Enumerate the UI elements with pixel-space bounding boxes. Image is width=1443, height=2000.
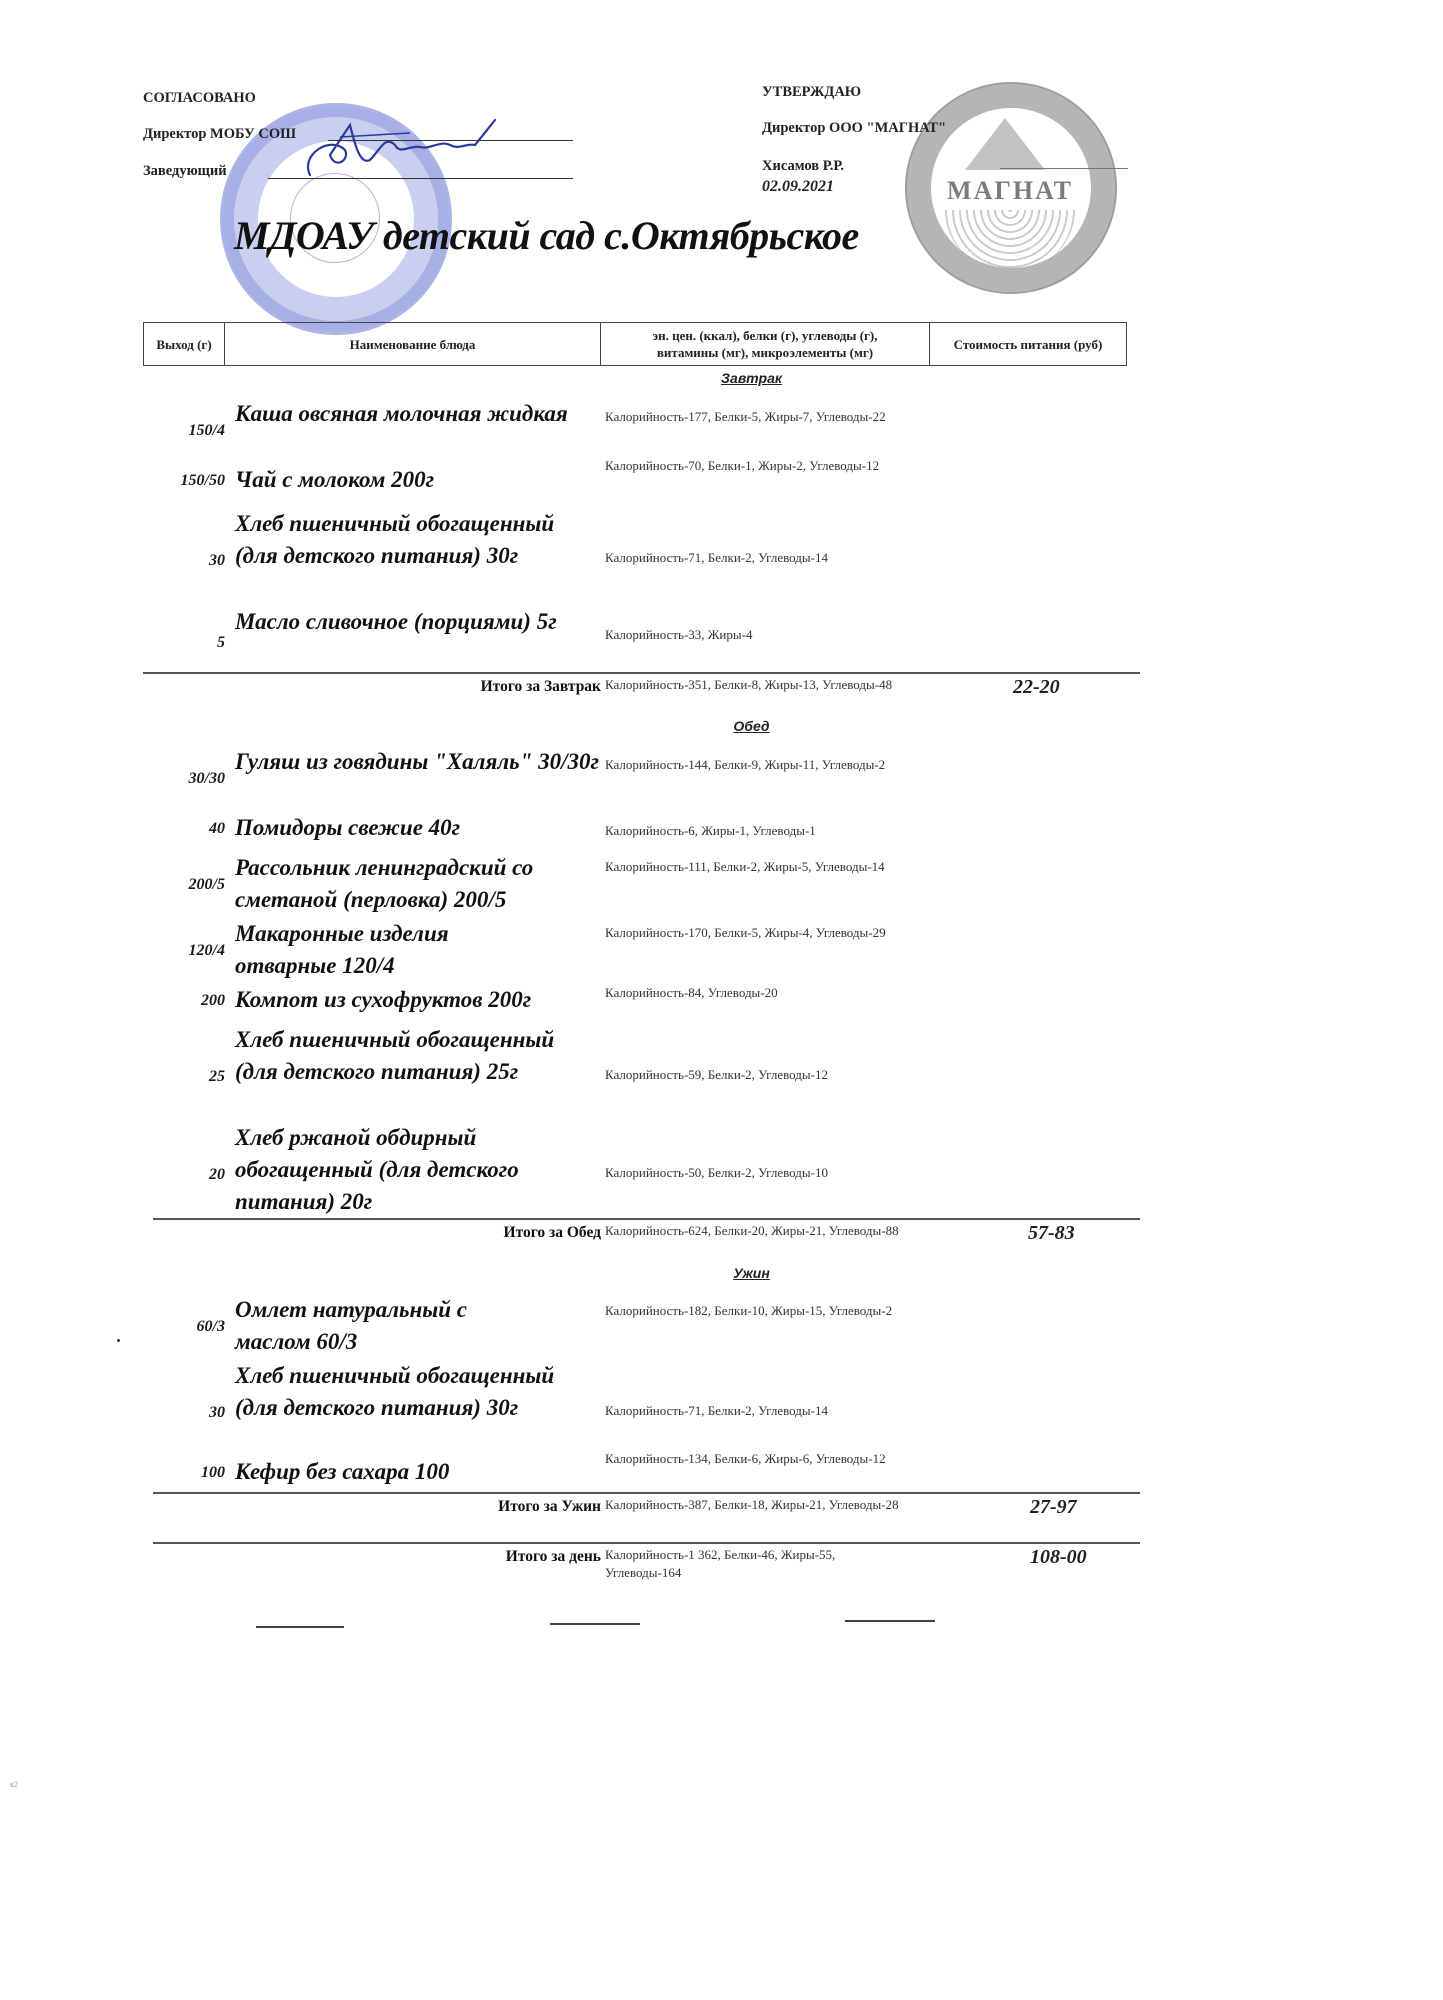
header-name: Наименование блюда	[225, 323, 601, 365]
row-nutrition: Калорийность-144, Белки-9, Жиры-11, Угле…	[605, 756, 905, 774]
row-name: Хлеб пшеничный обогащенный (для детского…	[235, 1360, 575, 1424]
row-name: Масло сливочное (порциями) 5г	[235, 606, 585, 638]
header-nutrition-line1: эн. цен. (ккал), белки (г), углеводы (г)…	[652, 327, 877, 344]
total-label: Итого за день	[143, 1548, 601, 1566]
signature-icon	[290, 115, 510, 185]
row-output: 30	[143, 1404, 225, 1422]
row-output: 150/50	[143, 472, 225, 490]
page-title: МДОАУ детский сад с.Октябрьское	[234, 212, 859, 259]
scan-mark: к2	[10, 1780, 18, 1789]
row-nutrition: Калорийность-59, Белки-2, Углеводы-12	[605, 1066, 905, 1084]
table-header: Выход (г) Наименование блюда эн. цен. (к…	[143, 322, 1127, 366]
divider	[143, 672, 1140, 674]
row-nutrition: Калорийность-71, Белки-2, Углеводы-14	[605, 549, 905, 567]
row-output: 30/30	[143, 770, 225, 788]
total-cost: 27-97	[1030, 1496, 1090, 1519]
row-nutrition: Калорийность-177, Белки-5, Жиры-7, Углев…	[605, 408, 905, 426]
row-output: 150/4	[143, 422, 225, 440]
row-nutrition: Калорийность-71, Белки-2, Углеводы-14	[605, 1402, 905, 1420]
row-name: Рассольник ленинградский со сметаной (пе…	[235, 852, 605, 916]
row-output: 20	[143, 1166, 225, 1184]
row-output: 200/5	[143, 876, 225, 894]
section-title-dinner: Ужин	[0, 1265, 1443, 1281]
signature-line	[268, 178, 573, 179]
total-cost: 22-20	[1013, 676, 1073, 699]
row-name: Омлет натуральный с маслом 60/3	[235, 1294, 535, 1358]
row-nutrition: Калорийность-111, Белки-2, Жиры-5, Углев…	[605, 858, 905, 876]
approval-left-manager: Заведующий	[143, 163, 227, 180]
stamp-mountain-icon	[965, 118, 1045, 170]
row-name: Компот из сухофруктов 200г	[235, 984, 615, 1016]
header-output: Выход (г)	[144, 323, 225, 365]
total-label: Итого за Завтрак	[143, 678, 601, 696]
row-nutrition: Калорийность-70, Белки-1, Жиры-2, Углево…	[605, 457, 905, 475]
row-output: 100	[143, 1464, 225, 1482]
signature-line	[1000, 168, 1128, 169]
signature-line	[328, 140, 573, 141]
total-nutrition: Калорийность-351, Белки-8, Жиры-13, Угле…	[605, 676, 905, 694]
row-output: 60/3	[143, 1318, 225, 1336]
scan-speck	[117, 1339, 120, 1342]
approval-left-director: Директор МОБУ СОШ	[143, 126, 296, 143]
section-title-breakfast: Завтрак	[0, 370, 1443, 386]
row-name: Гуляш из говядины "Халяль" 30/30г	[235, 746, 605, 778]
row-output: 5	[143, 634, 225, 652]
divider	[153, 1542, 1140, 1544]
signature-line	[845, 1620, 935, 1622]
row-name: Помидоры свежие 40г	[235, 812, 595, 844]
row-nutrition: Калорийность-84, Углеводы-20	[605, 984, 905, 1002]
approval-left-heading: СОГЛАСОВАНО	[143, 90, 256, 107]
divider	[153, 1492, 1140, 1494]
total-label: Итого за Ужин	[143, 1498, 601, 1516]
header-nutrition: эн. цен. (ккал), белки (г), углеводы (г)…	[601, 323, 930, 365]
total-nutrition: Калорийность-1 362, Белки-46, Жиры-55, У…	[605, 1546, 905, 1582]
section-title-lunch: Обед	[0, 718, 1443, 734]
total-nutrition: Калорийность-387, Белки-18, Жиры-21, Угл…	[605, 1496, 905, 1514]
row-name: Хлеб пшеничный обогащенный (для детского…	[235, 1024, 575, 1088]
header-cost: Стоимость питания (руб)	[930, 323, 1126, 365]
row-name: Макаронные изделия отварные 120/4	[235, 918, 535, 982]
approval-date: 02.09.2021	[762, 178, 834, 196]
row-output: 40	[143, 820, 225, 838]
row-output: 120/4	[143, 942, 225, 960]
row-nutrition: Калорийность-182, Белки-10, Жиры-15, Угл…	[605, 1302, 905, 1320]
row-name: Хлеб ржаной обдирный обогащенный (для де…	[235, 1122, 575, 1218]
row-nutrition: Калорийность-50, Белки-2, Углеводы-10	[605, 1164, 905, 1182]
total-cost: 57-83	[1028, 1222, 1088, 1245]
header-nutrition-line2: витамины (мг), микроэлементы (мг)	[652, 344, 877, 361]
divider	[153, 1218, 1140, 1220]
row-nutrition: Калорийность-6, Жиры-1, Углеводы-1	[605, 822, 905, 840]
row-nutrition: Калорийность-170, Белки-5, Жиры-4, Углев…	[605, 924, 905, 942]
stamp-text: МАГНАТ	[935, 176, 1085, 206]
total-label: Итого за Обед	[143, 1224, 601, 1242]
row-name: Хлеб пшеничный обогащенный (для детского…	[235, 508, 575, 572]
row-name: Чай с молоком 200г	[235, 464, 595, 496]
approval-right-director: Директор ООО "МАГНАТ"	[762, 120, 946, 137]
total-nutrition: Калорийность-624, Белки-20, Жиры-21, Угл…	[605, 1222, 905, 1240]
approval-right-name: Хисамов Р.Р.	[762, 158, 844, 175]
total-cost: 108-00	[1030, 1546, 1110, 1569]
signature-line	[256, 1626, 344, 1628]
row-name: Кефир без сахара 100	[235, 1456, 595, 1488]
approval-right-heading: УТВЕРЖДАЮ	[762, 84, 861, 101]
signature-line	[550, 1623, 640, 1625]
row-nutrition: Калорийность-134, Белки-6, Жиры-6, Углев…	[605, 1450, 905, 1468]
row-nutrition: Калорийность-33, Жиры-4	[605, 626, 905, 644]
row-name: Каша овсяная молочная жидкая	[235, 398, 595, 430]
row-output: 30	[143, 552, 225, 570]
row-output: 200	[143, 992, 225, 1010]
row-output: 25	[143, 1068, 225, 1086]
